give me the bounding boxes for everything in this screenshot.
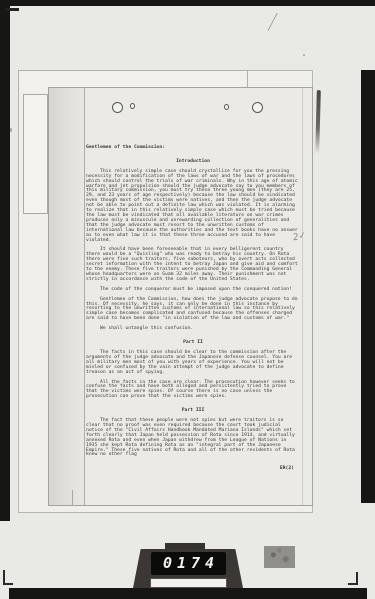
punch-hole-icon	[112, 102, 123, 113]
paper-slip	[23, 94, 48, 214]
counter-digits: 0174	[158, 556, 219, 571]
paragraph: The fact that these people were not spie…	[86, 419, 300, 458]
punch-hole-icon	[252, 102, 263, 113]
page-crease-line	[72, 490, 73, 506]
paragraph: This relatively simple case should cryst…	[86, 170, 300, 244]
counter-display: 0174	[151, 552, 226, 575]
film-left-bar	[0, 4, 10, 521]
stamp-smudge	[264, 546, 295, 568]
section-heading-part-iii: Part III	[86, 409, 300, 414]
typed-text-block: Gentlemen of the Commission: Introductio…	[86, 146, 300, 472]
frame-counter: 0174	[133, 543, 243, 588]
paragraph: The facts in this case should be clear t…	[86, 351, 300, 376]
paragraph: We shall untangle this confusion.	[86, 327, 300, 332]
page-edge-shadow	[49, 88, 89, 505]
salutation: Gentlemen of the Commission:	[86, 146, 300, 151]
typist-initials: ER(2)	[86, 467, 294, 472]
paragraph: Gentlemen of the Commission, how does th…	[86, 298, 300, 323]
film-tick-mark	[6, 8, 19, 11]
film-right-bar	[361, 70, 375, 503]
paragraph: All the facts in the case are clear. The…	[86, 381, 300, 401]
punch-hole-icon	[224, 104, 229, 110]
paragraph: It should have been foreseeable that in …	[86, 248, 300, 282]
paragraph: The code of the conqueror must be impose…	[86, 288, 300, 293]
film-speckle	[303, 54, 305, 56]
film-bottom-bar	[9, 588, 367, 599]
film-speckle	[10, 128, 12, 132]
section-heading-introduction: Introduction	[86, 160, 300, 165]
corner-registration-mark	[3, 570, 13, 585]
section-heading-part-ii: Part II	[86, 341, 300, 346]
page-left-edge-line	[84, 88, 85, 505]
film-scratch	[267, 13, 277, 31]
corner-registration-mark	[348, 572, 358, 585]
ink-stroke-mark	[315, 90, 321, 154]
film-top-bar	[0, 0, 375, 6]
page-right-edge-line	[302, 88, 303, 505]
punch-hole-icon	[130, 103, 135, 109]
counter-label-strip	[150, 578, 227, 588]
